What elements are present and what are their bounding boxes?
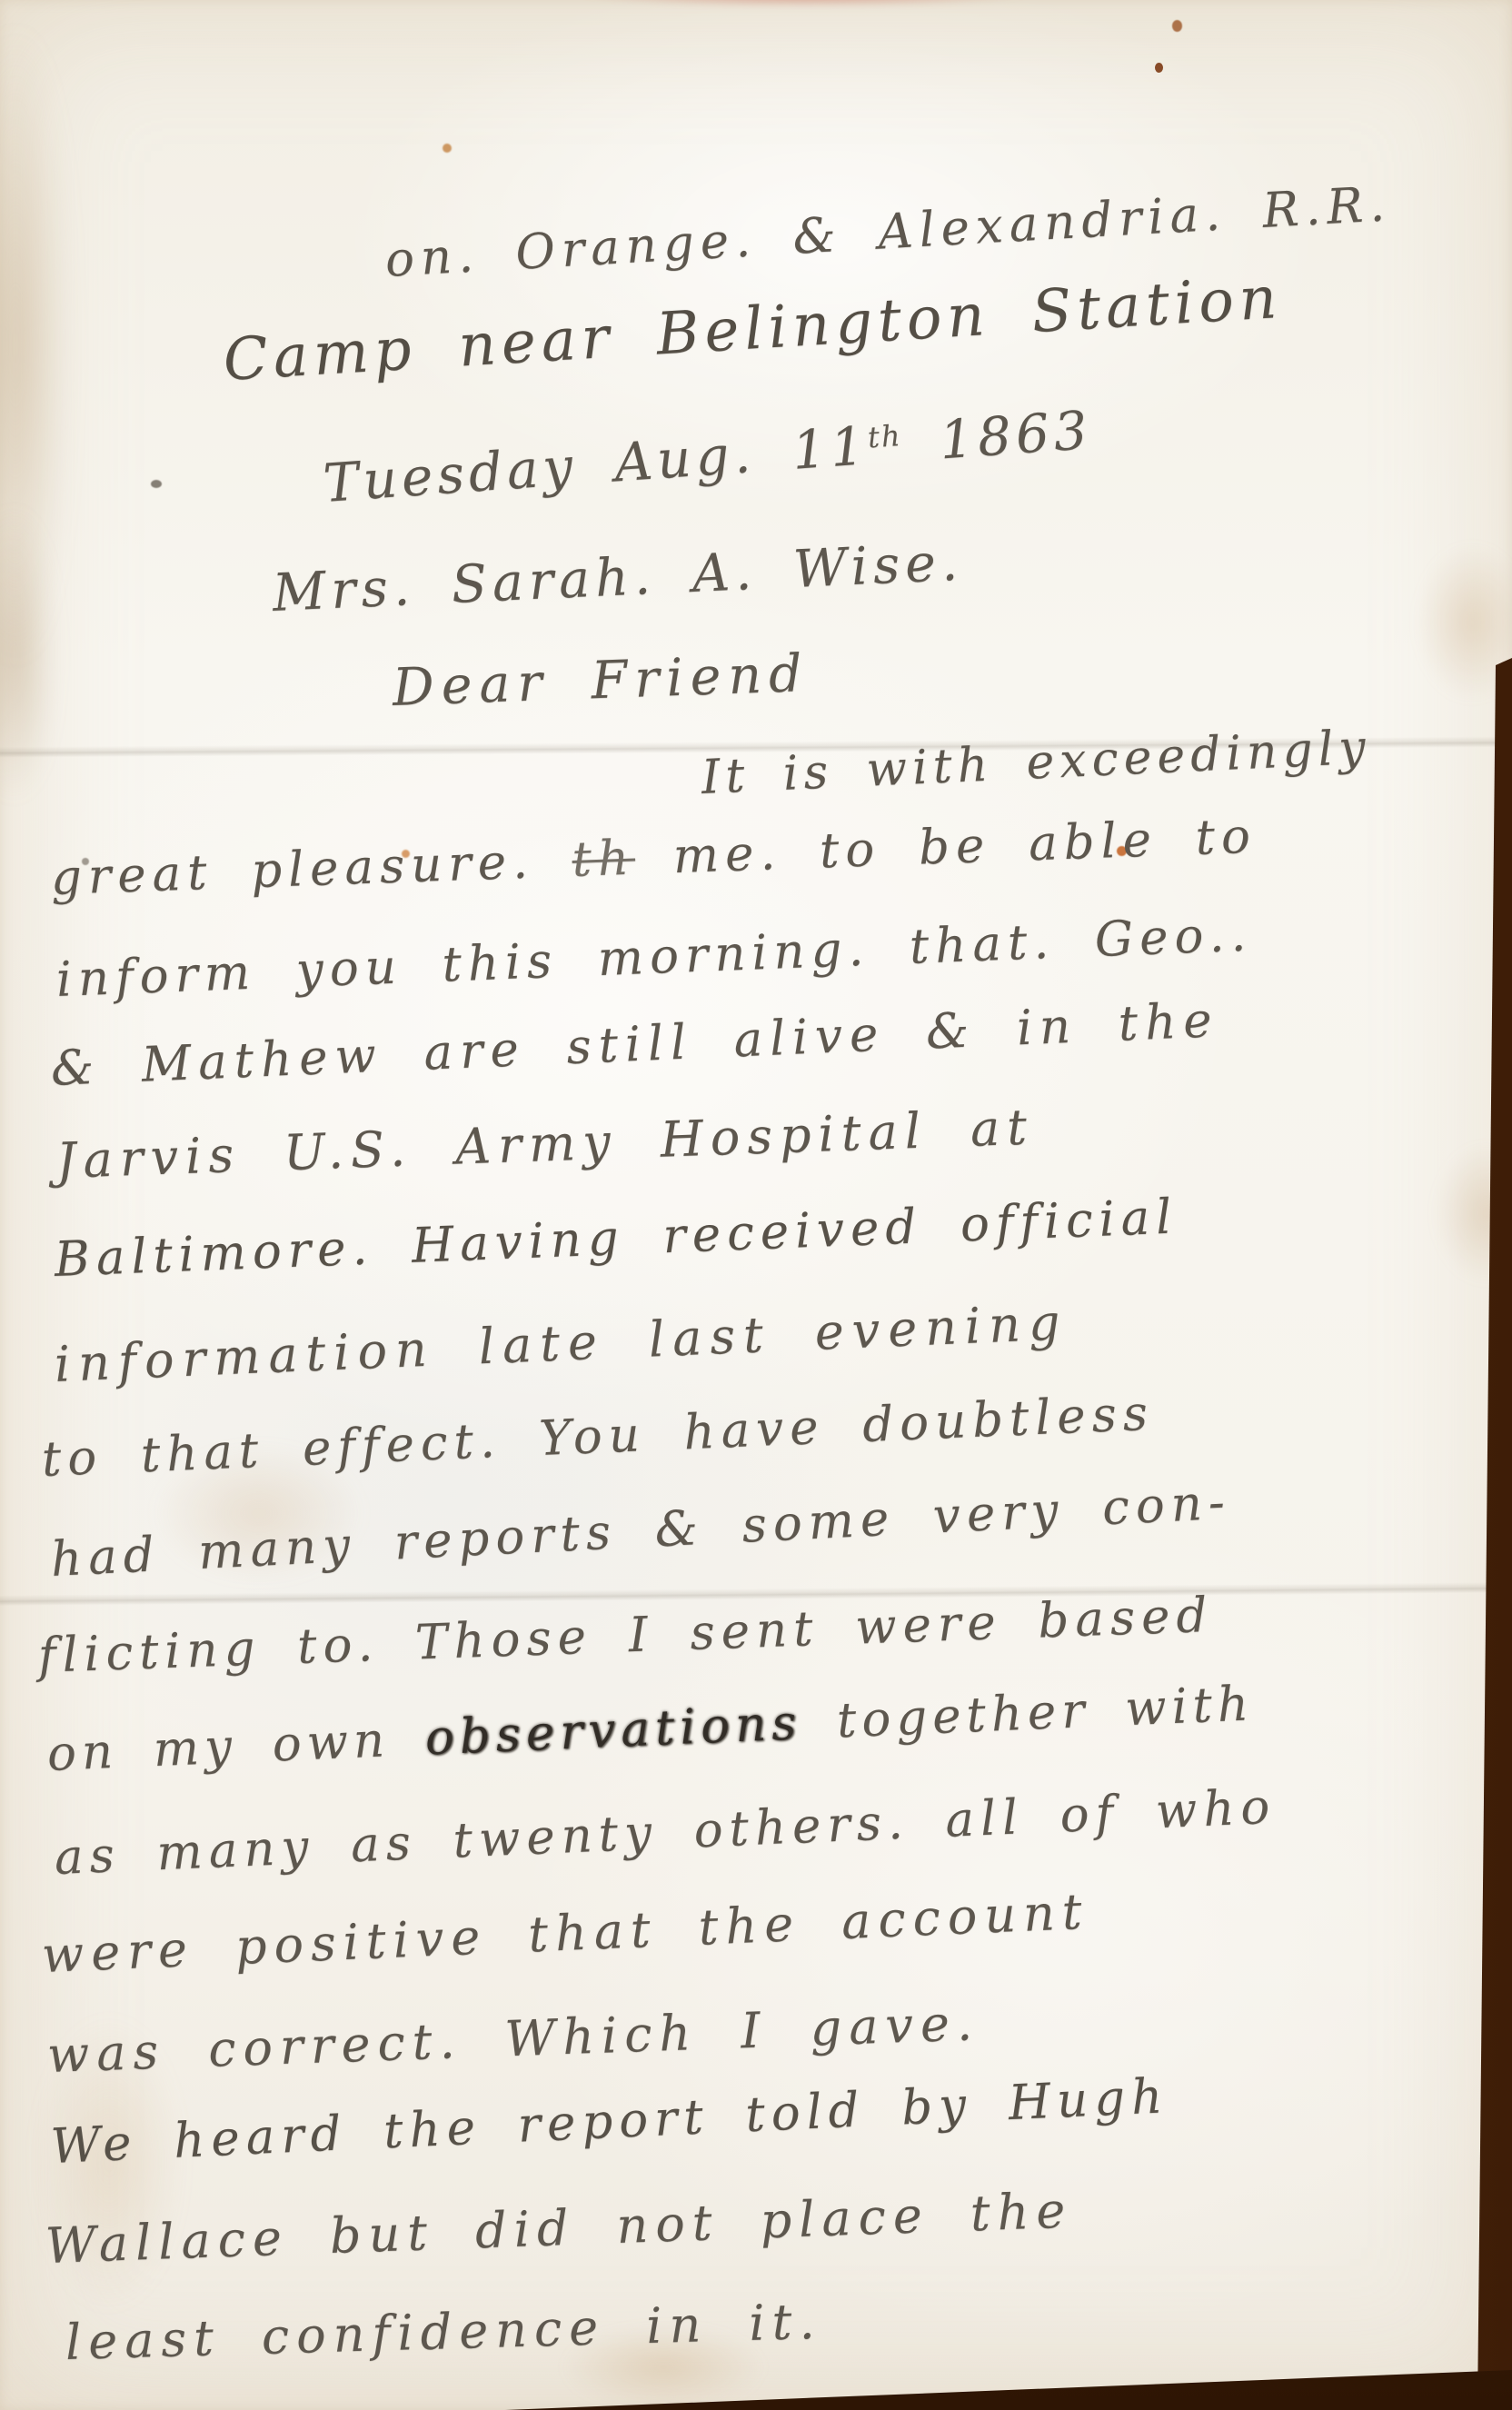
body-line-observations: on my own observations together with: [46, 1676, 1255, 1782]
observations-text-cont: together with: [801, 1676, 1255, 1750]
letter-paper: on. Orange. & Alexandria. R.R. Camp near…: [0, 0, 1512, 2410]
heading-date-line: Tuesday Aug. 11th 1863: [322, 399, 1094, 514]
salutation-line: Dear Friend: [392, 643, 811, 718]
date-ordinal-superscript: th: [867, 418, 903, 455]
body-line-flicting: flicting to. Those I sent were based: [37, 1588, 1214, 1684]
ink-speck: [151, 480, 162, 488]
body-line-wallace: Wallace but did not place the: [45, 2182, 1073, 2275]
body-line-heard: We heard the report told by Hugh: [50, 2068, 1170, 2175]
heading-camp-line: Camp near Belington Station: [222, 264, 1284, 394]
date-year: 1863: [900, 399, 1094, 473]
body-line-positive: were positive that the account: [41, 1883, 1090, 1984]
date-text: Tuesday Aug. 11: [322, 414, 870, 514]
body-line-hospital: Jarvis U.S. Army Hospital at: [55, 1098, 1035, 1190]
rust-speck: [1172, 20, 1182, 32]
body-line-effect: to that effect. You have doubtless: [41, 1386, 1155, 1488]
rust-speck: [443, 144, 452, 153]
left-edge-water-stain: [0, 27, 65, 663]
struck-out-word: th: [572, 831, 637, 888]
pleasure-text-cont: me. to be able to: [634, 809, 1258, 886]
body-line-inform: inform you this morning. that. Geo..: [55, 906, 1253, 1008]
body-line-opening: It is with exceedingly: [701, 721, 1372, 805]
body-line-information: information late last evening: [54, 1293, 1069, 1393]
foxing-stain: [1417, 545, 1512, 700]
body-line-reports: had many reports & some very con-: [50, 1475, 1233, 1588]
observations-text: on my own: [46, 1711, 426, 1782]
foxing-stain: [1436, 1145, 1512, 1281]
blotted-word: observations: [424, 1695, 803, 1766]
body-line-confidence: least confidence in it.: [65, 2293, 822, 2371]
top-edge-stain: [545, 0, 1063, 13]
body-line-mathew: & Mathew are still alive & in the: [50, 992, 1220, 1097]
body-line-correct: was correct. Which I gave.: [46, 1994, 980, 2084]
fold-crease-lower: [0, 1582, 1512, 1607]
body-line-pleasure: great pleasure. th me. to be able to: [50, 809, 1258, 906]
body-line-baltimore: Baltimore. Having received official: [54, 1190, 1179, 1288]
pleasure-text: great pleasure.: [50, 832, 573, 906]
recipient-line: Mrs. Sarah. A. Wise.: [272, 533, 965, 623]
left-edge-water-stain-lower: [0, 509, 55, 800]
body-line-twenty: as many as twenty others. all of who: [54, 1779, 1278, 1886]
rust-speck: [1155, 63, 1163, 73]
letter-photo: on. Orange. & Alexandria. R.R. Camp near…: [0, 0, 1512, 2410]
